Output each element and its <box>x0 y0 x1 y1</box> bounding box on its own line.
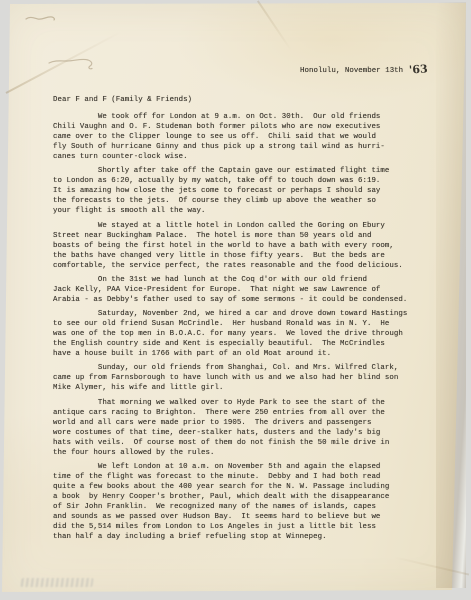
ink-offset-smudge <box>20 578 93 587</box>
letter-paragraph-4: On the 31st we had lunch at the Coq d'or… <box>53 275 445 305</box>
dateline: Honolulu, November 13th '63 <box>300 64 428 76</box>
dateline-text: Honolulu, November 13th <box>300 66 403 76</box>
letter-paragraph-2: Shortly after take off the Captain gave … <box>53 166 445 216</box>
salutation: Dear F and F (Family & Friends) <box>53 95 192 105</box>
letter-paragraph-7: That morning we walked over to Hyde Park… <box>53 398 445 458</box>
letter-paragraph-6: Sunday, our old friends from Shanghai, C… <box>53 363 445 393</box>
letter-body: We took off for London at 9 a.m. on Oct.… <box>53 112 445 546</box>
letter-paragraph-8: We left London at 10 a.m. on November 5t… <box>53 462 445 542</box>
letter-paragraph-5: Saturday, November 2nd, we hired a car a… <box>53 309 445 359</box>
dateline-year-handwritten: '63 <box>409 64 428 75</box>
letter-paragraph-3: We stayed at a little hotel in London ca… <box>53 221 445 271</box>
scan-background: Honolulu, November 13th '63 Dear F and F… <box>0 0 471 600</box>
letter-paragraph-1: We took off for London at 9 a.m. on Oct.… <box>53 112 445 162</box>
